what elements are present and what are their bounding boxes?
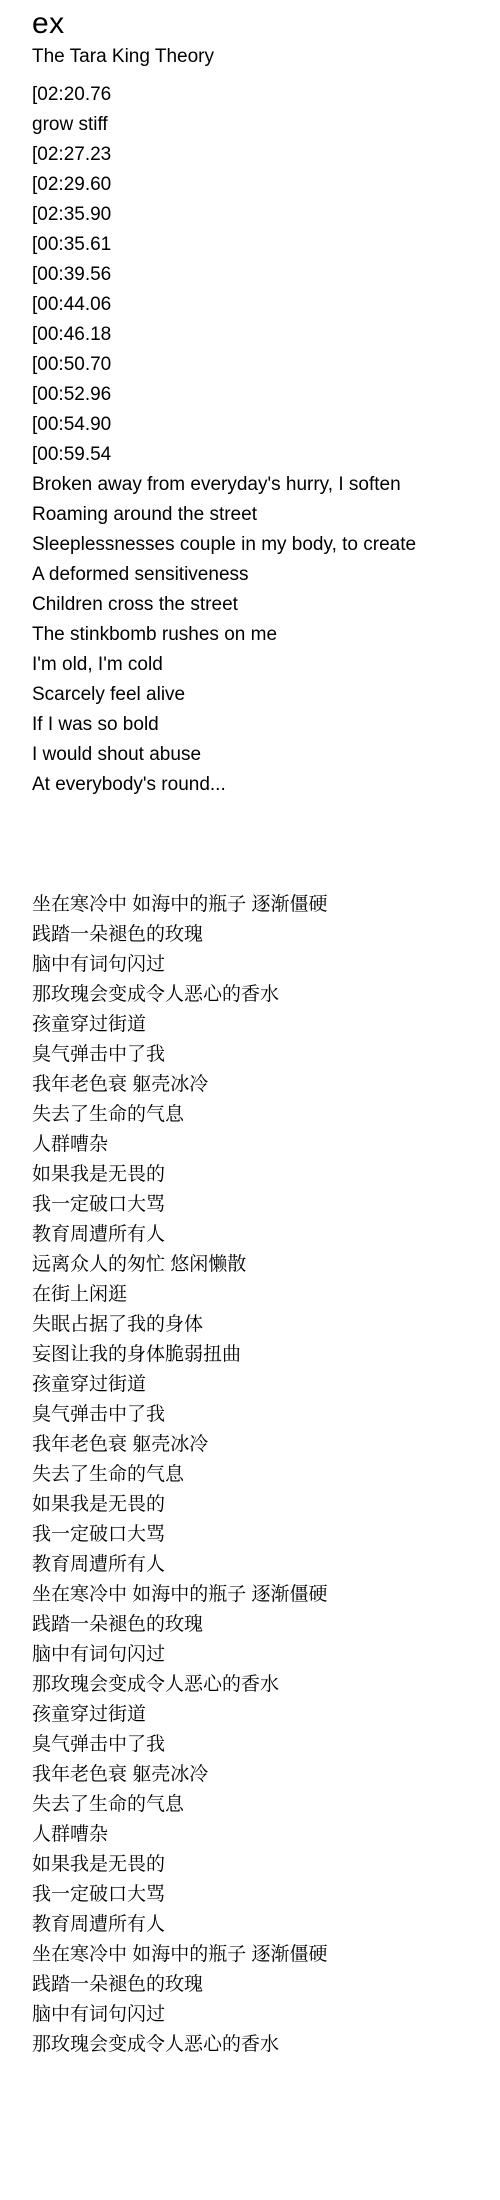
lyric-line: 坐在寒冷中 如海中的瓶子 逐渐僵硬 xyxy=(32,1940,480,1970)
lyric-line: [02:35.90 xyxy=(32,200,480,230)
lyric-line: 践踏一朵褪色的玫瑰 xyxy=(32,1610,480,1640)
lyric-line: 失眠占据了我的身体 xyxy=(32,1310,480,1340)
lyric-line: 教育周遭所有人 xyxy=(32,1910,480,1940)
lyric-line: [00:52.96 xyxy=(32,380,480,410)
lyric-line: 在街上闲逛 xyxy=(32,1280,480,1310)
song-title: ex xyxy=(32,4,480,44)
lyric-line: If I was so bold xyxy=(32,710,480,740)
lyric-line: 我一定破口大骂 xyxy=(32,1880,480,1910)
lyric-line: 失去了生命的气息 xyxy=(32,1790,480,1820)
lyric-line: [00:44.06 xyxy=(32,290,480,320)
lyric-line: 我年老色衰 躯壳冰冷 xyxy=(32,1070,480,1100)
lyric-line: 如果我是无畏的 xyxy=(32,1850,480,1880)
section-gap xyxy=(32,800,480,890)
lyric-line: 人群嘈杂 xyxy=(32,1130,480,1160)
lyric-line: 孩童穿过街道 xyxy=(32,1370,480,1400)
lyric-line: 践踏一朵褪色的玫瑰 xyxy=(32,920,480,950)
lyric-line: 践踏一朵褪色的玫瑰 xyxy=(32,1970,480,2000)
lyric-line: I would shout abuse xyxy=(32,740,480,770)
lyric-line: 那玫瑰会变成令人恶心的香水 xyxy=(32,2030,480,2060)
lyric-line: 教育周遭所有人 xyxy=(32,1220,480,1250)
lyric-line: 脑中有词句闪过 xyxy=(32,2000,480,2030)
lyric-line: 孩童穿过街道 xyxy=(32,1010,480,1040)
lyric-line: 如果我是无畏的 xyxy=(32,1490,480,1520)
lyric-line: [00:39.56 xyxy=(32,260,480,290)
lyric-line: [00:46.18 xyxy=(32,320,480,350)
lyric-line: 人群嘈杂 xyxy=(32,1820,480,1850)
lyric-line: Scarcely feel alive xyxy=(32,680,480,710)
lyric-line: 孩童穿过街道 xyxy=(32,1700,480,1730)
lyric-line: 失去了生命的气息 xyxy=(32,1100,480,1130)
artist-name: The Tara King Theory xyxy=(32,44,480,70)
lyric-line: 脑中有词句闪过 xyxy=(32,950,480,980)
lyric-line: [00:50.70 xyxy=(32,350,480,380)
lyric-line: 我年老色衰 躯壳冰冷 xyxy=(32,1760,480,1790)
lyric-line: [00:59.54 xyxy=(32,440,480,470)
lyric-line: 臭气弹击中了我 xyxy=(32,1400,480,1430)
lyric-line: 那玫瑰会变成令人恶心的香水 xyxy=(32,1670,480,1700)
lyric-line: I'm old, I'm cold xyxy=(32,650,480,680)
lyric-line: 我一定破口大骂 xyxy=(32,1520,480,1550)
lyric-line: [02:20.76 xyxy=(32,80,480,110)
lyric-line: Broken away from everyday's hurry, I sof… xyxy=(32,470,480,500)
lyric-line: The stinkbomb rushes on me xyxy=(32,620,480,650)
lyric-line: 失去了生命的气息 xyxy=(32,1460,480,1490)
lyric-line: At everybody's round... xyxy=(32,770,480,800)
lyric-line: grow stiff xyxy=(32,110,480,140)
lyric-line: [02:27.23 xyxy=(32,140,480,170)
lyric-line: 臭气弹击中了我 xyxy=(32,1040,480,1070)
lyric-line: Roaming around the street xyxy=(32,500,480,530)
lyrics-page: ex The Tara King Theory [02:20.76grow st… xyxy=(0,0,500,2060)
lyric-line: Sleeplessnesses couple in my body, to cr… xyxy=(32,530,480,560)
lyric-line: [00:35.61 xyxy=(32,230,480,260)
lyric-line: 我一定破口大骂 xyxy=(32,1190,480,1220)
lyric-line: 臭气弹击中了我 xyxy=(32,1730,480,1760)
lyrics-block-timestamps-english: [02:20.76grow stiff[02:27.23[02:29.60[02… xyxy=(32,80,480,800)
lyrics-page-body: { "page": { "title": "ex", "artist": "Th… xyxy=(0,0,500,2200)
lyric-line: 坐在寒冷中 如海中的瓶子 逐渐僵硬 xyxy=(32,890,480,920)
lyric-line: 坐在寒冷中 如海中的瓶子 逐渐僵硬 xyxy=(32,1580,480,1610)
lyric-line: 远离众人的匆忙 悠闲懒散 xyxy=(32,1250,480,1280)
lyric-line: 那玫瑰会变成令人恶心的香水 xyxy=(32,980,480,1010)
lyric-line: A deformed sensitiveness xyxy=(32,560,480,590)
lyric-line: 如果我是无畏的 xyxy=(32,1160,480,1190)
lyric-line: Children cross the street xyxy=(32,590,480,620)
lyric-line: [02:29.60 xyxy=(32,170,480,200)
lyric-line: 我年老色衰 躯壳冰冷 xyxy=(32,1430,480,1460)
lyric-line: 脑中有词句闪过 xyxy=(32,1640,480,1670)
lyric-line: 教育周遭所有人 xyxy=(32,1550,480,1580)
lyrics-block-chinese: 坐在寒冷中 如海中的瓶子 逐渐僵硬践踏一朵褪色的玫瑰脑中有词句闪过那玫瑰会变成令… xyxy=(32,890,480,2060)
lyric-line: [00:54.90 xyxy=(32,410,480,440)
lyric-line: 妄图让我的身体脆弱扭曲 xyxy=(32,1340,480,1370)
